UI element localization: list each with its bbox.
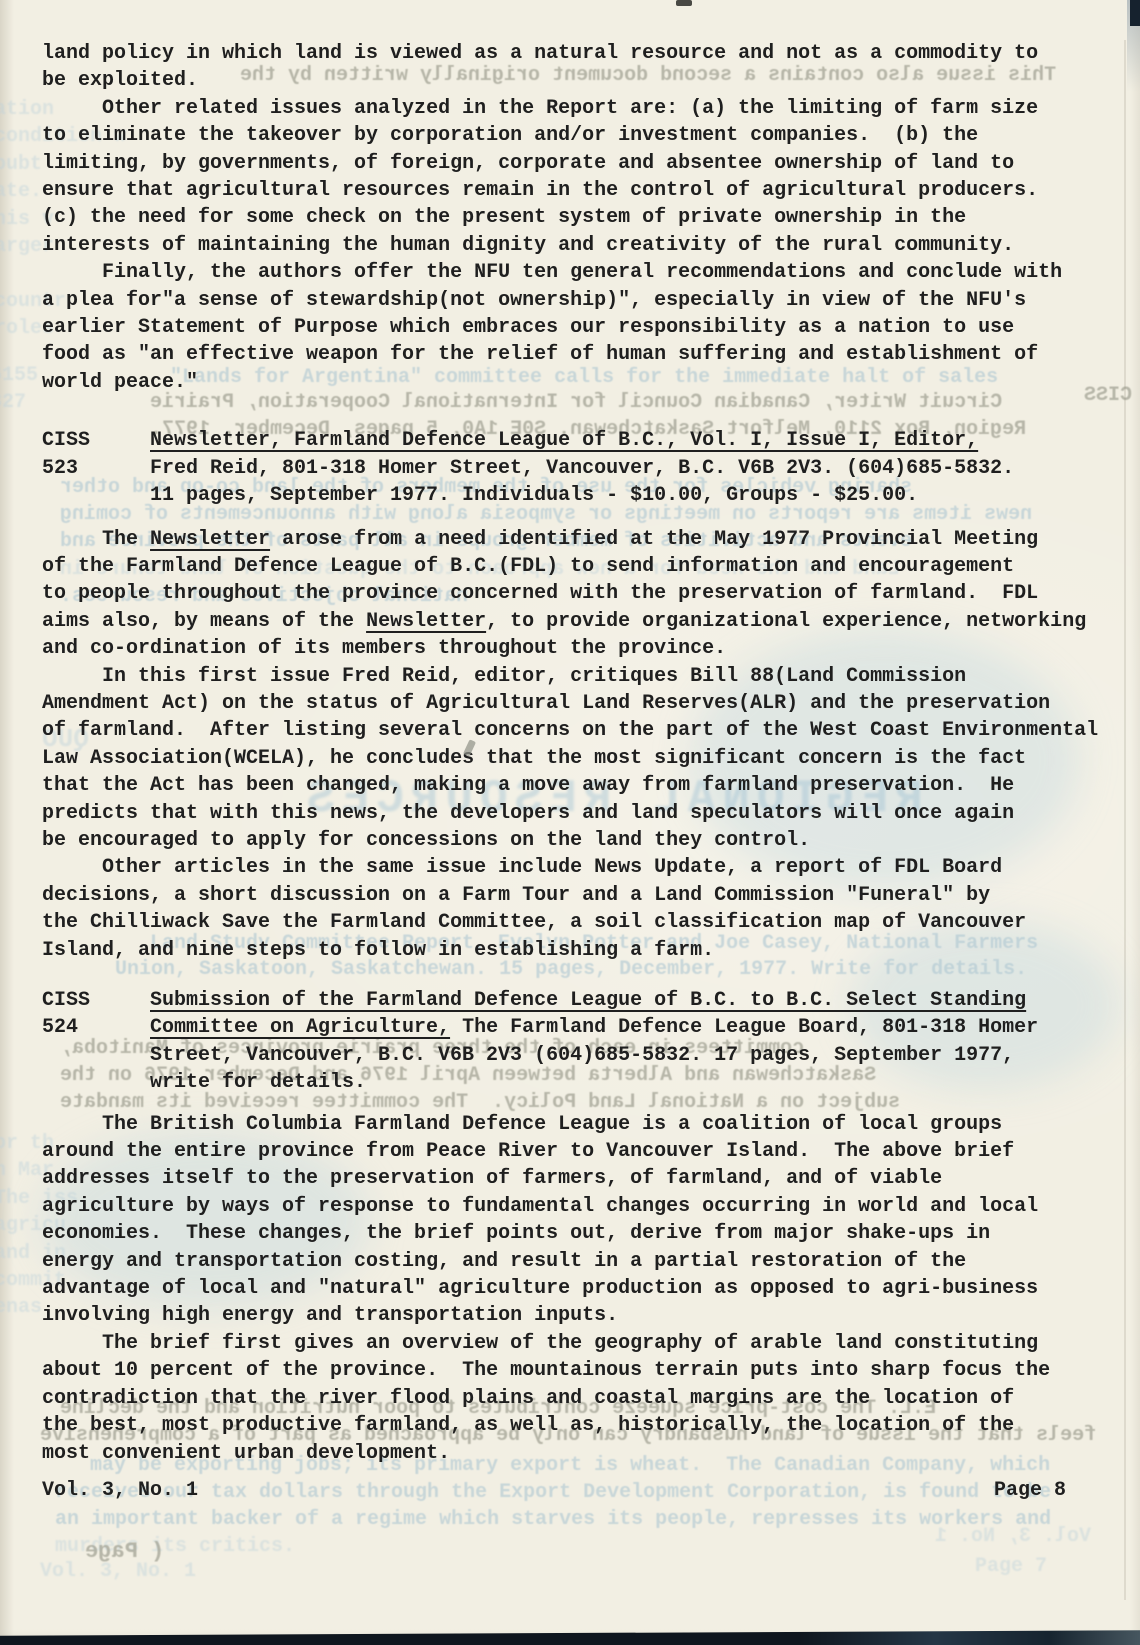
bleedthrough-text: murders its critics. xyxy=(55,1533,295,1560)
bleedthrough-text: Vol. 3, No. 1 xyxy=(40,1558,196,1585)
bibliography-entry-ciss-523: CISS 523 Newsletter, Farmland Defence Le… xyxy=(42,427,1122,509)
entry-citation: Newsletter, Farmland Defence League of B… xyxy=(150,427,1014,509)
scan-speck xyxy=(676,0,692,6)
bleedthrough-text: 6155 327 xyxy=(0,362,38,417)
entry-title: Newsletter, Farmland Defence League of B… xyxy=(150,429,978,452)
scan-edge-corner-mark xyxy=(1130,0,1140,26)
paragraph-geography-overview: The brief first gives an overview of the… xyxy=(42,1330,1122,1467)
paragraph-newsletter-origin: The Newsletter arose from a need identif… xyxy=(42,526,1122,663)
paragraph-first-issue-critique: In this first issue Fred Reid, editor, c… xyxy=(42,663,1122,855)
paragraph-related-issues: Other related issues analyzed in the Rep… xyxy=(42,95,1122,259)
footer-volume-label: Vol. 3, No. 1 xyxy=(42,1477,198,1504)
entry-details: Fred Reid, 801-318 Homer Street, Vancouv… xyxy=(150,457,1014,507)
underlined-word-newsletter: Newsletter xyxy=(366,610,486,633)
bibliography-entry-ciss-524: CISS 524 Submission of the Farmland Defe… xyxy=(42,987,1122,1097)
page-body: land policy in which land is viewed as a… xyxy=(42,40,1122,1467)
bleedthrough-text: Page 7 xyxy=(975,1553,1047,1580)
page-footer: Vol. 3, No. 1 Page 8 xyxy=(42,1477,1066,1504)
paragraph-nfu-recommendations: Finally, the authors offer the NFU ten g… xyxy=(42,259,1122,396)
underlined-word-newsletter: Newsletter xyxy=(150,528,270,551)
paper-crease-line xyxy=(1124,40,1126,1600)
entry-label: CISS 524 xyxy=(42,987,150,1042)
entry-number: 524 xyxy=(42,1014,150,1041)
entry-org: CISS xyxy=(42,427,150,454)
scan-bottom-edge xyxy=(0,1629,1140,1645)
bleedthrough-text: Vol. 3, No. 1 xyxy=(935,1523,1091,1550)
scanned-document-page: This issue also contains a second docume… xyxy=(0,0,1140,1645)
bleedthrough-text: an important backer of a regime which st… xyxy=(55,1506,1051,1533)
footer-page-number: Page 8 xyxy=(994,1477,1066,1504)
entry-org: CISS xyxy=(42,987,150,1014)
entry-citation: Submission of the Farmland Defence Leagu… xyxy=(150,987,1038,1097)
paragraph-other-articles: Other articles in the same issue include… xyxy=(42,854,1122,964)
entry-number: 523 xyxy=(42,455,150,482)
paragraph-bc-fdl-coalition: The British Columbia Farmland Defence Le… xyxy=(42,1111,1122,1330)
paragraph-land-policy: land policy in which land is viewed as a… xyxy=(42,40,1122,95)
bleedthrough-text: ( Page xyxy=(85,1538,164,1565)
entry-label: CISS 523 xyxy=(42,427,150,482)
